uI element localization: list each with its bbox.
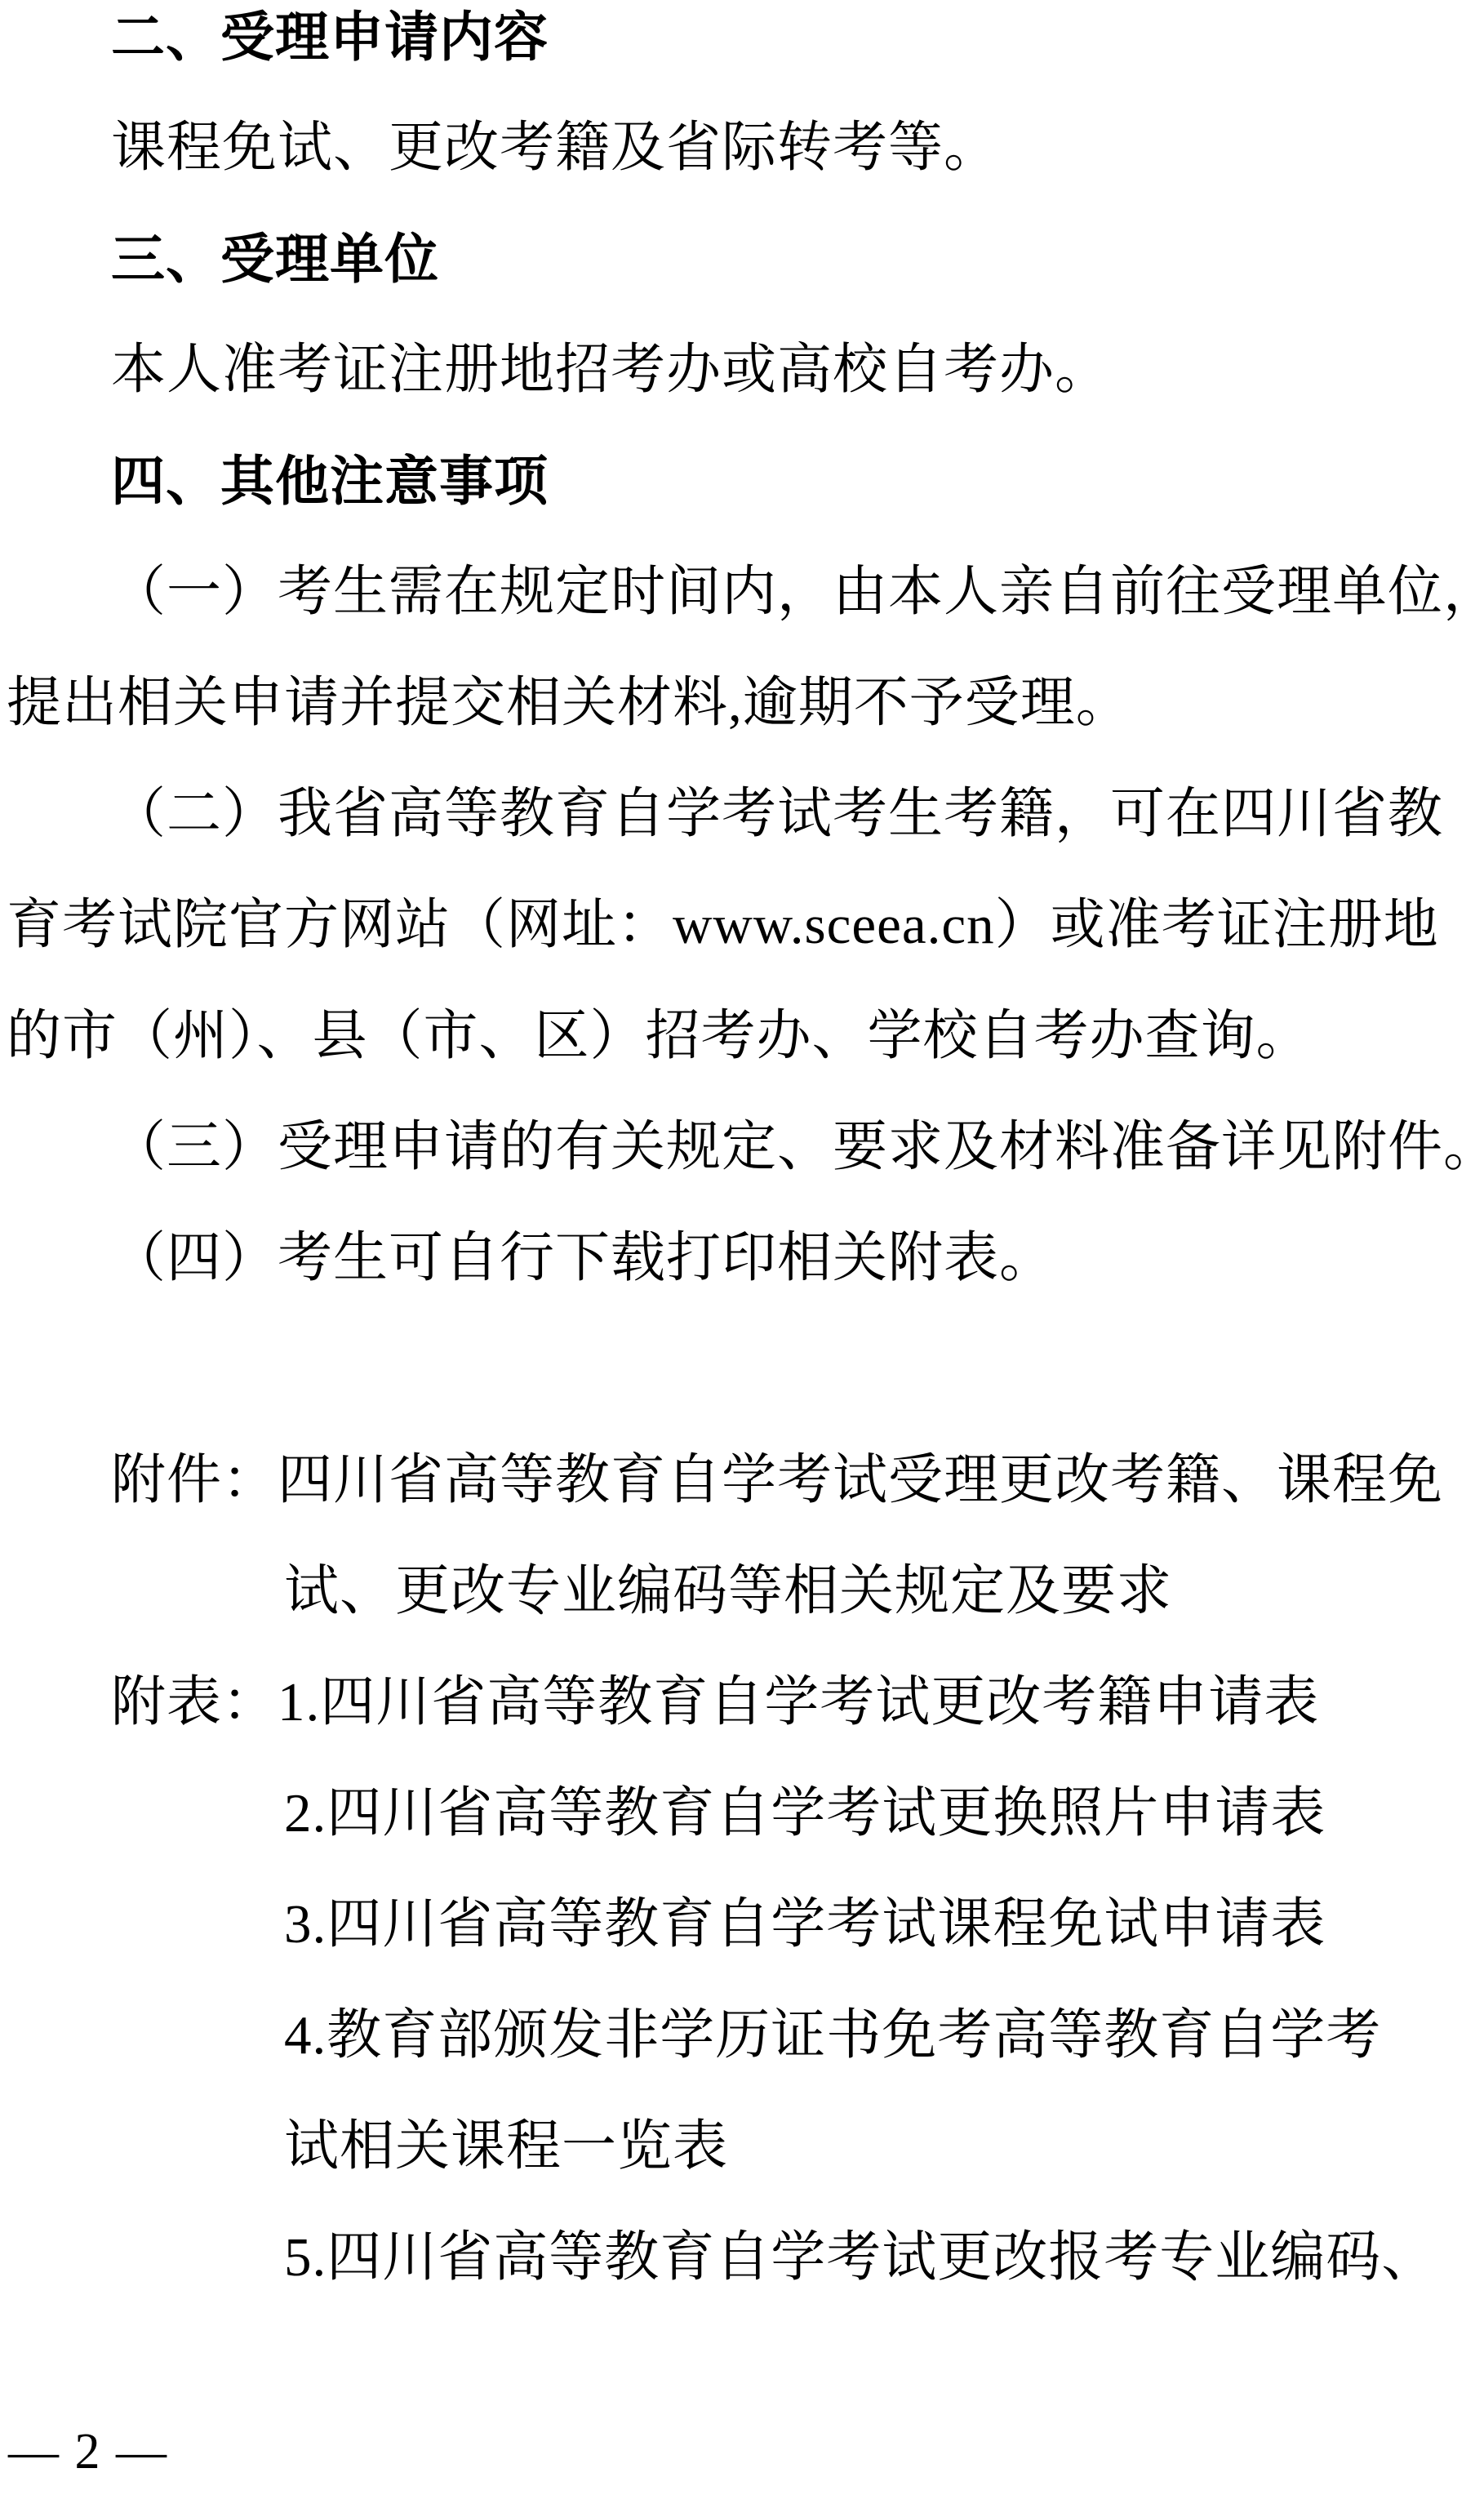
paragraph-note-four: （四）考生可自行下载打印相关附表。 bbox=[0, 1203, 1484, 1314]
paragraph-note-two-line-3: 的市（州）、县（市、区）招考办、学校自考办查询。 bbox=[0, 981, 1484, 1092]
paragraph-note-one-line-1: （一）考生需在规定时间内，由本人亲自前往受理单位， bbox=[0, 536, 1484, 647]
appendix-table-item-1: 附表：1.四川省高等教育自学考试更改考籍申请表 bbox=[0, 1647, 1484, 1758]
paragraph-note-three: （三）受理申请的有关规定、要求及材料准备详见附件。 bbox=[0, 1092, 1484, 1203]
paragraph-note-two-line-2: 育考试院官方网站（网址：www.sceea.cn）或准考证注册地 bbox=[0, 869, 1484, 981]
document-page: 二、受理申请内容 课程免试、更改考籍及省际转考等。 三、受理单位 本人准考证注册… bbox=[0, 0, 1484, 2495]
heading-section-three-accepting-unit: 三、受理单位 bbox=[0, 203, 1484, 314]
paragraph-accepted-content: 课程免试、更改考籍及省际转考等。 bbox=[0, 92, 1484, 203]
paragraph-accepting-unit: 本人准考证注册地招考办或高校自考办。 bbox=[0, 314, 1484, 425]
appendix-table-item-4-line-2: 试相关课程一览表 bbox=[0, 2091, 1484, 2202]
blank-line bbox=[0, 1314, 1484, 1425]
appendix-table-item-5: 5.四川省高等教育自学考试更改报考专业编码、 bbox=[0, 2202, 1484, 2313]
appendix-table-item-4-line-1: 4.教育部颁发非学历证书免考高等教育自学考 bbox=[0, 1980, 1484, 2091]
heading-section-four-other-notes: 四、其他注意事项 bbox=[0, 425, 1484, 536]
attachment-label-line-1: 附件：四川省高等教育自学考试受理更改考籍、课程免 bbox=[0, 1425, 1484, 1536]
appendix-table-item-3: 3.四川省高等教育自学考试课程免试申请表 bbox=[0, 1869, 1484, 1980]
paragraph-note-one-line-2: 提出相关申请并提交相关材料,逾期不予受理。 bbox=[0, 647, 1484, 758]
paragraph-note-two-line-1: （二）我省高等教育自学考试考生考籍，可在四川省教 bbox=[0, 758, 1484, 869]
appendix-table-item-2: 2.四川省高等教育自学考试更换照片申请表 bbox=[0, 1758, 1484, 1869]
page-number: — 2 — bbox=[8, 2423, 168, 2481]
attachment-label-line-2: 试、更改专业编码等相关规定及要求 bbox=[0, 1536, 1484, 1647]
heading-section-two-accepted-content: 二、受理申请内容 bbox=[0, 0, 1484, 92]
document-body: 二、受理申请内容 课程免试、更改考籍及省际转考等。 三、受理单位 本人准考证注册… bbox=[0, 0, 1484, 2313]
